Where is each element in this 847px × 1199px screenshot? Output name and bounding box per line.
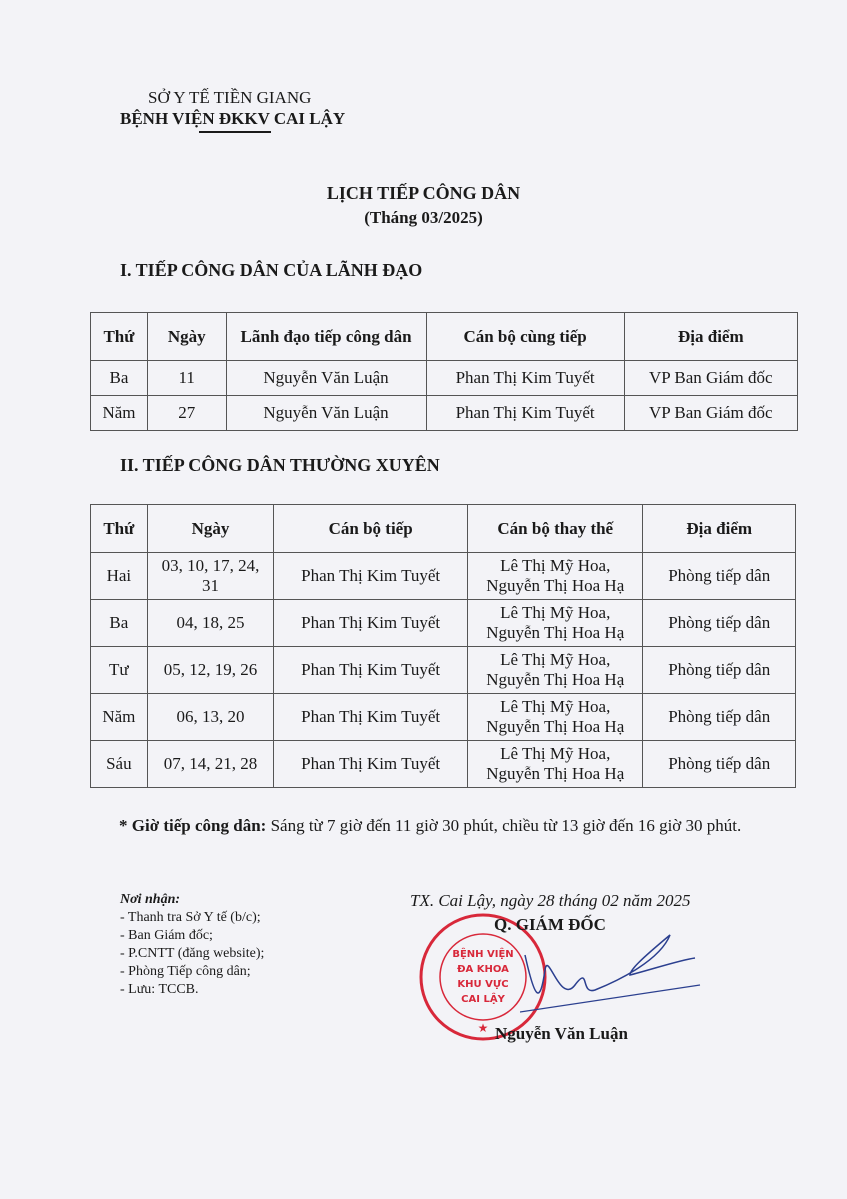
table-cell: Nguyễn Văn Luận: [226, 396, 426, 431]
table-cell: Năm: [91, 396, 148, 431]
table-cell: Nguyễn Văn Luận: [226, 361, 426, 396]
table-cell: Lê Thị Mỹ Hoa,Nguyễn Thị Hoa Hạ: [468, 741, 643, 788]
table-cell: Phòng tiếp dân: [643, 553, 796, 600]
svg-text:★: ★: [478, 1021, 489, 1035]
table-cell: Lê Thị Mỹ Hoa,Nguyễn Thị Hoa Hạ: [468, 694, 643, 741]
table-cell: Năm: [91, 694, 148, 741]
reception-hours-note: * Giờ tiếp công dân: Sáng từ 7 giờ đến 1…: [119, 813, 789, 838]
table-cell: Phan Thị Kim Tuyết: [274, 647, 468, 694]
org-parent: SỞ Y TẾ TIỀN GIANG: [148, 88, 311, 108]
svg-text:ĐA KHOA: ĐA KHOA: [457, 964, 509, 975]
table-cell: 06, 13, 20: [147, 694, 274, 741]
table-cell: 05, 12, 19, 26: [147, 647, 274, 694]
recipient-item: - Ban Giám đốc;: [120, 927, 264, 945]
column-header: Ngày: [147, 505, 274, 553]
recipients-heading: Nơi nhận:: [120, 891, 264, 909]
table-cell: Phòng tiếp dân: [643, 647, 796, 694]
document-title: LỊCH TIẾP CÔNG DÂN: [0, 183, 847, 204]
table-cell: 04, 18, 25: [147, 600, 274, 647]
column-header: Thứ: [91, 313, 148, 361]
table-cell: Lê Thị Mỹ Hoa,Nguyễn Thị Hoa Hạ: [468, 647, 643, 694]
signer-name: Nguyễn Văn Luận: [495, 1024, 628, 1044]
header-divider: [199, 131, 271, 133]
recipient-item: - P.CNTT (đăng website);: [120, 945, 264, 963]
table-cell: 03, 10, 17, 24, 31: [147, 553, 274, 600]
column-header: Cán bộ cùng tiếp: [426, 313, 624, 361]
table-row: Tư05, 12, 19, 26Phan Thị Kim TuyếtLê Thị…: [91, 647, 796, 694]
table-row: Năm06, 13, 20Phan Thị Kim TuyếtLê Thị Mỹ…: [91, 694, 796, 741]
table-cell: Ba: [91, 600, 148, 647]
place-date: TX. Cai Lậy, ngày 28 tháng 02 năm 2025: [410, 891, 691, 911]
table-row: Hai03, 10, 17, 24, 31Phan Thị Kim TuyếtL…: [91, 553, 796, 600]
table-cell: VP Ban Giám đốc: [624, 361, 797, 396]
note-text: Sáng từ 7 giờ đến 11 giờ 30 phút, chiều …: [266, 816, 741, 835]
svg-text:KHU VỰC: KHU VỰC: [457, 979, 508, 990]
table-cell: 11: [147, 361, 226, 396]
document-subtitle: (Tháng 03/2025): [0, 208, 847, 228]
table-cell: Hai: [91, 553, 148, 600]
table-cell: 27: [147, 396, 226, 431]
leader-reception-table: ThứNgàyLãnh đạo tiếp công dânCán bộ cùng…: [90, 312, 798, 431]
signer-role: Q. GIÁM ĐỐC: [494, 915, 606, 935]
recipient-item: - Phòng Tiếp công dân;: [120, 963, 264, 981]
org-name: BỆNH VIỆN ĐKKV CAI LẬY: [120, 109, 345, 129]
table-cell: Phan Thị Kim Tuyết: [426, 396, 624, 431]
column-header: Cán bộ thay thế: [468, 505, 643, 553]
table-row: Năm27Nguyễn Văn LuậnPhan Thị Kim TuyếtVP…: [91, 396, 798, 431]
table-cell: Ba: [91, 361, 148, 396]
column-header: Địa điểm: [624, 313, 797, 361]
signature-icon: [520, 930, 710, 1020]
table-cell: Phòng tiếp dân: [643, 600, 796, 647]
table-cell: Phan Thị Kim Tuyết: [274, 694, 468, 741]
recipient-item: - Lưu: TCCB.: [120, 981, 264, 999]
svg-text:BỆNH VIỆN: BỆNH VIỆN: [452, 947, 513, 960]
recipients-block: Nơi nhận: - Thanh tra Sở Y tế (b/c);- Ba…: [120, 891, 264, 999]
table-row: Sáu07, 14, 21, 28Phan Thị Kim TuyếtLê Th…: [91, 741, 796, 788]
table-row: Ba11Nguyễn Văn LuậnPhan Thị Kim TuyếtVP …: [91, 361, 798, 396]
column-header: Địa điểm: [643, 505, 796, 553]
table-cell: Phòng tiếp dân: [643, 694, 796, 741]
table-cell: VP Ban Giám đốc: [624, 396, 797, 431]
table-cell: Tư: [91, 647, 148, 694]
table-cell: 07, 14, 21, 28: [147, 741, 274, 788]
table-cell: Phan Thị Kim Tuyết: [274, 600, 468, 647]
note-label: * Giờ tiếp công dân:: [119, 816, 266, 835]
recipients-list: - Thanh tra Sở Y tế (b/c);- Ban Giám đốc…: [120, 909, 264, 999]
table-cell: Phan Thị Kim Tuyết: [274, 741, 468, 788]
svg-text:CAI LẬY: CAI LẬY: [461, 992, 505, 1005]
table-cell: Sáu: [91, 741, 148, 788]
table-cell: Lê Thị Mỹ Hoa,Nguyễn Thị Hoa Hạ: [468, 553, 643, 600]
column-header: Ngày: [147, 313, 226, 361]
section2-heading: II. TIẾP CÔNG DÂN THƯỜNG XUYÊN: [120, 455, 440, 476]
section1-heading: I. TIẾP CÔNG DÂN CỦA LÃNH ĐẠO: [120, 260, 422, 281]
column-header: Cán bộ tiếp: [274, 505, 468, 553]
column-header: Thứ: [91, 505, 148, 553]
column-header: Lãnh đạo tiếp công dân: [226, 313, 426, 361]
table-cell: Phan Thị Kim Tuyết: [426, 361, 624, 396]
table-cell: Phòng tiếp dân: [643, 741, 796, 788]
regular-reception-table: ThứNgàyCán bộ tiếpCán bộ thay thếĐịa điể…: [90, 504, 796, 788]
table-cell: Lê Thị Mỹ Hoa,Nguyễn Thị Hoa Hạ: [468, 600, 643, 647]
table-row: Ba04, 18, 25Phan Thị Kim TuyếtLê Thị Mỹ …: [91, 600, 796, 647]
table-cell: Phan Thị Kim Tuyết: [274, 553, 468, 600]
recipient-item: - Thanh tra Sở Y tế (b/c);: [120, 909, 264, 927]
